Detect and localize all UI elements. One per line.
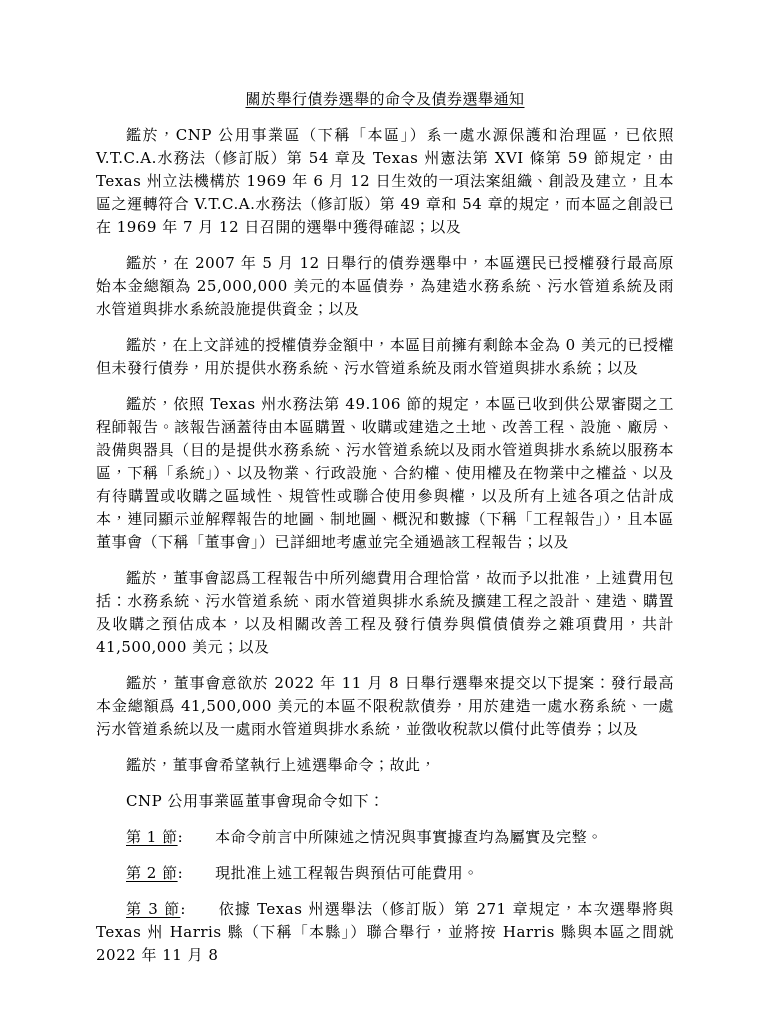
section-2-label: 第 2 節 <box>126 864 178 882</box>
document-title: 關於舉行債券選舉的命令及債券選舉通知 <box>96 88 674 111</box>
section-1: 第 1 節:本命令前言中所陳述之情況與事實據查均為屬實及完整。 <box>96 826 674 849</box>
whereas-paragraph-7: 鑑於，董事會希望執行上述選舉命令；故此， <box>96 754 674 777</box>
section-2-text: 現批准上述工程報告與預估可能費用。 <box>215 864 479 882</box>
section-1-text: 本命令前言中所陳述之情況與事實據查均為屬實及完整。 <box>215 828 603 846</box>
section-3-colon: : <box>180 900 186 918</box>
section-1-label: 第 1 節 <box>126 828 178 846</box>
whereas-paragraph-3: 鑑於，在上文詳述的授權債券金額中，本區目前擁有剩餘本金為 0 美元的已授權但未發… <box>96 334 674 380</box>
section-2-colon: : <box>178 864 184 882</box>
document-content: 關於舉行債券選舉的命令及債券選舉通知 鑑於，CNP 公用事業區（下稱「本區」）系… <box>96 88 674 980</box>
section-2: 第 2 節:現批准上述工程報告與預估可能費用。 <box>96 862 674 885</box>
whereas-paragraph-5: 鑑於，董事會認爲工程報告中所列總費用合理恰當，故而予以批准，上述費用包括：水務系… <box>96 567 674 659</box>
whereas-paragraph-4: 鑑於，依照 Texas 州水務法第 49.106 節的規定，本區已收到供公眾審閱… <box>96 393 674 554</box>
whereas-paragraph-2: 鑑於，在 2007 年 5 月 12 日舉行的債券選舉中，本區選民已授權發行最高… <box>96 252 674 321</box>
document-page: 關於舉行債券選舉的命令及債券選舉通知 鑑於，CNP 公用事業區（下稱「本區」）系… <box>0 0 770 1024</box>
document-title-text: 關於舉行債券選舉的命令及債券選舉通知 <box>245 90 524 108</box>
section-3: 第 3 節:依據 Texas 州選舉法（修訂版）第 271 章規定，本次選舉將與… <box>96 898 674 967</box>
whereas-paragraph-6: 鑑於，董事會意欲於 2022 年 11 月 8 日舉行選舉來提交以下提案：發行最… <box>96 672 674 741</box>
whereas-paragraph-1: 鑑於，CNP 公用事業區（下稱「本區」）系一處水源保護和治理區，已依照 V.T.… <box>96 124 674 239</box>
ordering-clause: CNP 公用事業區董事會現命令如下： <box>96 790 674 813</box>
section-1-colon: : <box>178 828 184 846</box>
section-3-label: 第 3 節 <box>126 900 180 918</box>
